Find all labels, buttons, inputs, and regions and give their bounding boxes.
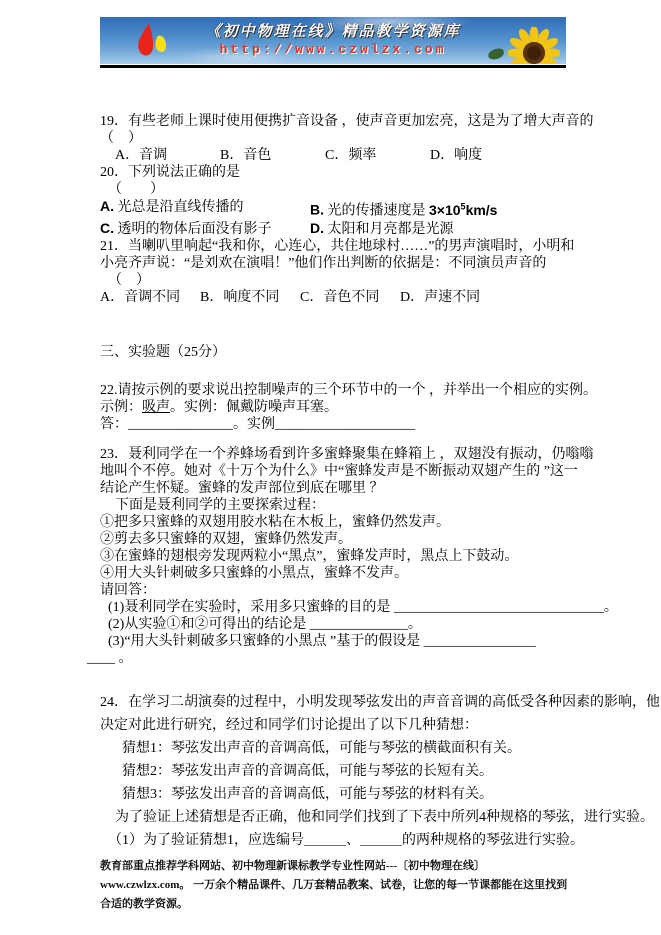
q23-step3: ③在蜜蜂的翅根旁发现两粒小“黑点”，蜜蜂发声时，黑点上下鼓动。: [100, 548, 570, 565]
q20-brackets: （ ）: [100, 181, 570, 198]
banner-background: 《初中物理在线》精品教学资源库 http://www.czwlzx.com: [100, 17, 566, 64]
q20-option-a: A. 光总是沿直线传播的: [100, 198, 310, 220]
q21-option-d: D．声速不同: [400, 289, 480, 306]
q19-line1: 19．有些老师上课时使用便携扩音设备 ，使声音更加宏亮，这是为了增大声音的: [100, 113, 570, 130]
q23-sub3-continuation: ____ 。: [87, 650, 570, 667]
q20-option-a-text: 光总是沿直线传播的: [114, 200, 244, 215]
q22-line2: 示例：吸声。实例：佩戴防噪声耳塞。: [100, 399, 570, 416]
q24-line2: 决定对此进行研究，经过和同学们讨论提出了以下几种猜想：: [100, 714, 570, 737]
sunflower-icon: [508, 27, 560, 64]
q23-line2: 地叫个不停。她对《十万个为什么》中“蜜蜂发声是不断振动双翅产生的 ”这一: [100, 463, 570, 480]
q24-guess1: 猜想1：琴弦发出声音的音调高低，可能与琴弦的横截面积有关。: [100, 737, 570, 760]
site-title: 《初中物理在线》精品教学资源库: [100, 20, 566, 41]
q23-sub2: (2)从实验①和②可得出的结论是 ______________。: [100, 616, 570, 633]
q23-line1: 23．聂利同学在一个养蜂场看到许多蜜蜂聚集在蜂箱上 ，双翅没有振动，仍嗡嗡: [100, 446, 570, 463]
q19-option-c: C．频率: [325, 147, 430, 164]
q24-guess2: 猜想2：琴弦发出声音的音调高低，可能与琴弦的长短有关。: [100, 760, 570, 783]
q22-example-suffix: 。实例：佩戴防噪声耳塞。: [170, 400, 338, 415]
site-footer-text: 教育部重点推荐学科网站、初中物理新课标教学专业性网站---〔初中物理在线〕www…: [100, 857, 568, 914]
q19-option-b: B．音色: [220, 147, 325, 164]
q24-sub1: （1）为了验证猜想1，应选编号＿＿＿、＿＿＿的两种规格的琴弦进行实验。: [100, 829, 570, 852]
q20-option-c: C. 透明的物体后面没有影子: [100, 220, 310, 238]
q19-option-d: D．响度: [430, 147, 482, 164]
q19-options: A．音调B．音色C．频率D．响度: [100, 147, 570, 164]
q23-sub1: (1)聂利同学在实验时，采用多只蜜蜂的目的是 _________________…: [100, 599, 570, 616]
q23-step2: ②剪去多只蜜蜂的双翅，蜜蜂仍然发声。: [100, 531, 570, 548]
q19-option-a: A．音调: [115, 147, 220, 164]
q20-option-c-label: C.: [100, 220, 114, 236]
q22-answer-blank: 答：_______________。实例____________________: [100, 416, 570, 433]
site-banner: 《初中物理在线》精品教学资源库 http://www.czwlzx.com: [100, 17, 566, 68]
banner-divider: [100, 65, 566, 68]
q24-guess3: 猜想3：琴弦发出声音的音调高低，可能与琴弦的材料有关。: [100, 783, 570, 806]
q24-line1: 24．在学习二胡演奏的过程中，小明发现琴弦发出的声音音调的高低受各种因素的影响，…: [100, 691, 570, 714]
q21-line2: 小亮齐声说：“是刘欢在演唱！”他们作出判断的依据是：不同演员声音的: [100, 255, 570, 272]
q24-verify: 为了验证上述猜想是否正确，他和同学们找到了下表中所列4种规格的琴弦，进行实验。: [100, 806, 570, 829]
q20-options-row1: A. 光总是沿直线传播的 B. 光的传播速度是 3×105km/s: [100, 198, 570, 220]
q21-option-c: C．音色不同: [300, 289, 400, 306]
q20-option-b-label: B.: [310, 202, 324, 218]
q21-option-a: A．音调不同: [100, 289, 200, 306]
q23-sub3: (3)“用大头针刺破多只蜜蜂的小黑点 ”基于的假设是 _____________…: [100, 633, 570, 650]
q23-prompt: 请回答：: [100, 582, 570, 599]
q21-option-b: B．响度不同: [200, 289, 300, 306]
q20-option-d: D. 太阳和月亮都是光源: [310, 220, 454, 238]
q23-step4: ④用大头针刺破多只蜜蜂的小黑点，蜜蜂不发声。: [100, 565, 570, 582]
q21-line1: 21．当喇叭里响起“我和你，心连心，共住地球村……”的男声演唱时，小明和: [100, 238, 570, 255]
q22-example-prefix: 示例：: [100, 400, 142, 415]
q20-option-a-label: A.: [100, 198, 114, 214]
q21-brackets: （ ）: [100, 272, 570, 289]
q20-option-d-text: 太阳和月亮都是光源: [324, 222, 454, 237]
q20-line1: 20．下列说法正确的是: [100, 164, 570, 181]
q23-line3: 结论产生怀疑。蜜蜂的发声部位到底在哪里 ？: [100, 480, 570, 497]
q22-example-underlined: 吸声: [142, 400, 170, 415]
q20-option-d-label: D.: [310, 220, 324, 236]
q20-option-b: B. 光的传播速度是 3×105km/s: [310, 198, 497, 220]
q22-line1: 22.请按示例的要求说出控制噪声的三个环节中的一个 ，并举出一个相应的实例。: [100, 382, 570, 399]
q19-brackets: （ ）: [100, 130, 570, 147]
section3-title: 三、实验题（25分）: [100, 344, 570, 361]
exam-body: 19．有些老师上课时使用便携扩音设备 ，使声音更加宏亮，这是为了增大声音的 （ …: [100, 113, 570, 852]
q20-option-b-text: 光的传播速度是: [324, 204, 429, 219]
q24-block: 24．在学习二胡演奏的过程中，小明发现琴弦发出的声音音调的高低受各种因素的影响，…: [100, 691, 570, 852]
q23-step1: ①把多只蜜蜂的双翅用胶水粘在木板上，蜜蜂仍然发声。: [100, 514, 570, 531]
q20-option-c-text: 透明的物体后面没有影子: [114, 222, 272, 237]
q20-speed-formula: 3×105km/s: [429, 202, 497, 218]
q20-options-row2: C. 透明的物体后面没有影子 D. 太阳和月亮都是光源: [100, 220, 570, 238]
q23-line4: 下面是聂利同学的主要探索过程：: [100, 497, 570, 514]
q21-options: A．音调不同B．响度不同C．音色不同D．声速不同: [100, 289, 570, 306]
exam-page: 《初中物理在线》精品教学资源库 http://www.czwlzx.com: [0, 0, 661, 935]
